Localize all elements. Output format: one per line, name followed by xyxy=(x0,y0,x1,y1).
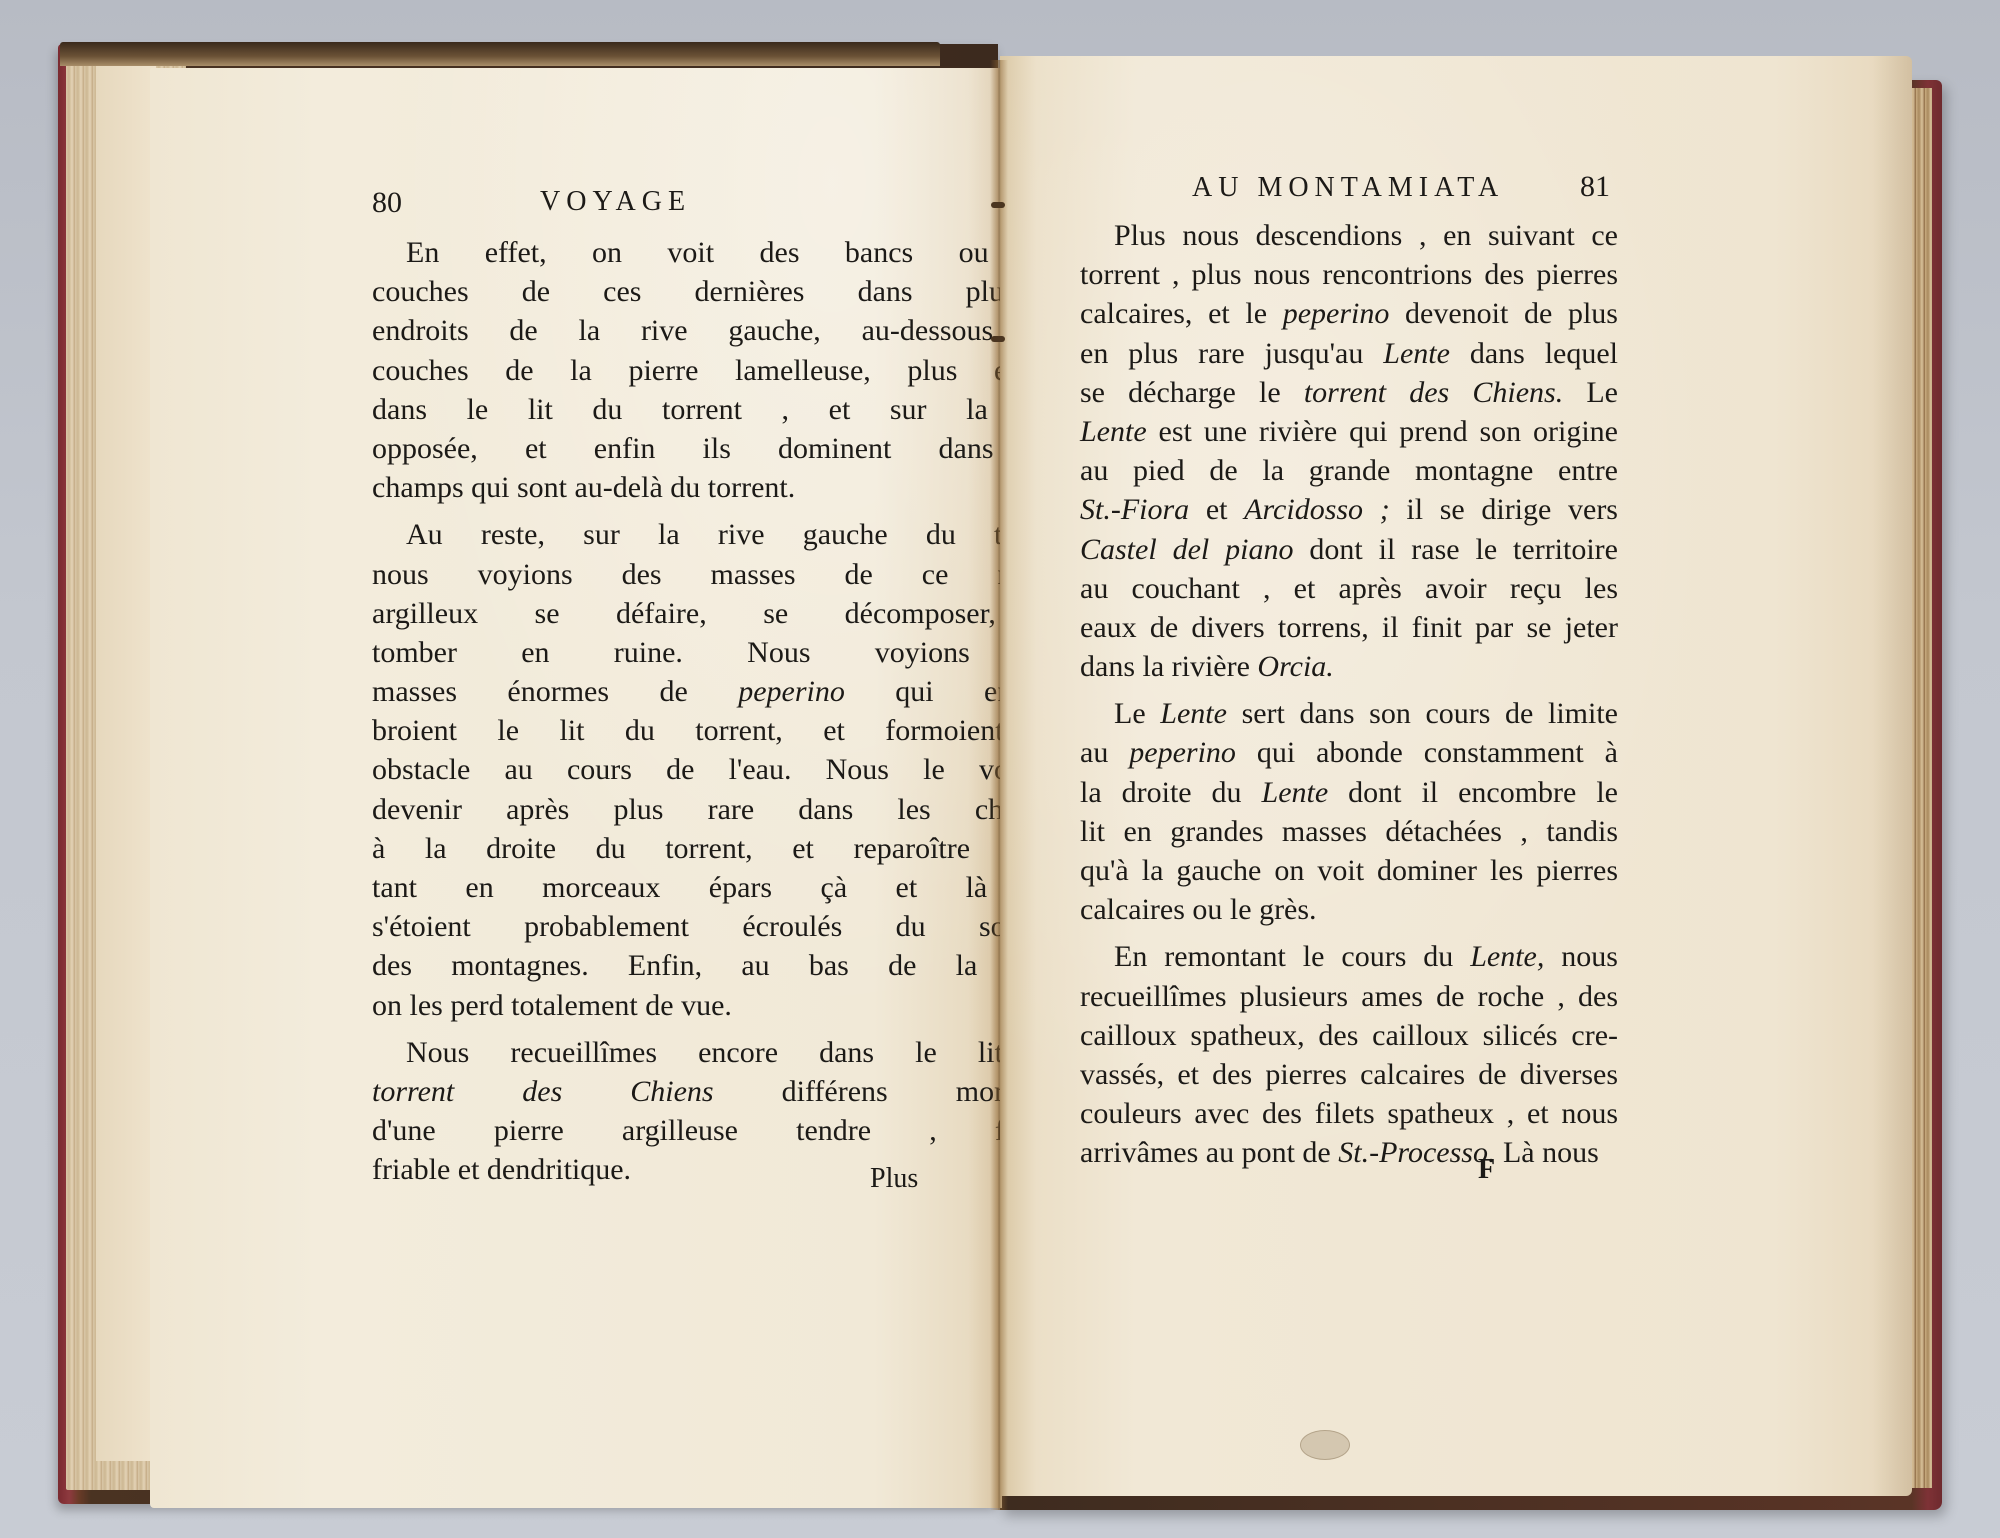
text-line: Lente est une rivière qui prend son orig… xyxy=(1080,412,1618,451)
text-line: obstacle au cours de l'eau. Nous le voyi… xyxy=(372,750,1002,789)
binding-stitch xyxy=(991,336,1005,342)
text-line: nous voyions des masses de ce rocher xyxy=(372,555,1002,594)
text-run: est une rivière qui prend son origine xyxy=(1147,415,1618,448)
italic-term: torrent des Chiens xyxy=(372,1075,714,1108)
text-line: endroits de la rive gauche, au-dessous d… xyxy=(372,311,1002,350)
text-run: il se dirige vers xyxy=(1390,493,1618,526)
text-line: recueillîmes plusieurs ames de roche , d… xyxy=(1080,977,1618,1016)
left-page-text: En effet, on voit des bancs ou descouche… xyxy=(372,233,1002,1190)
text-line: opposée, et enfin ils dominent dans les xyxy=(372,429,1002,468)
italic-term: Arcidosso ; xyxy=(1244,493,1390,526)
text-line: dans le lit du torrent , et sur la rive xyxy=(372,390,1002,429)
book-gutter xyxy=(990,60,1008,1510)
text-line: au pied de la grande montagne entre xyxy=(1080,451,1618,490)
italic-term: peperino xyxy=(1283,297,1390,330)
text-line: champs qui sont au-delà du torrent. xyxy=(372,468,1002,507)
text-run: dont il rase le territoire xyxy=(1294,533,1619,566)
text-line: Plus nous descendions , en suivant ce xyxy=(1080,216,1618,255)
italic-term: Lente xyxy=(1262,776,1329,809)
text-run: Là nous xyxy=(1495,1136,1598,1169)
text-line: à la droite du torrent, et reparoître po… xyxy=(372,829,1002,868)
text-line: qu'à la gauche on voit dominer les pierr… xyxy=(1080,851,1618,890)
text-line: argilleux se défaire, se décomposer, et xyxy=(372,594,1002,633)
text-run: nous xyxy=(1544,940,1618,973)
text-run: En remontant le cours du xyxy=(1114,940,1470,973)
text-line: se décharge le torrent des Chiens. Le xyxy=(1080,373,1618,412)
page-number-left: 80 xyxy=(372,186,402,220)
italic-term: Lente, xyxy=(1470,940,1544,973)
text-run: en plus rare jusqu'au xyxy=(1080,337,1383,370)
text-line: tant en morceaux épars çà et là qui xyxy=(372,868,1002,907)
text-line: torrent des Chiens différens morceaux xyxy=(372,1072,1002,1111)
left-page: 80 VOYAGE En effet, on voit des bancs ou… xyxy=(150,68,1002,1508)
text-line: Castel del piano dont il rase le territo… xyxy=(1080,530,1618,569)
text-line: on les perd totalement de vue. xyxy=(372,986,1002,1025)
text-line: s'étoient probablement écroulés du somme… xyxy=(372,907,1002,946)
italic-term: torrent des Chiens. xyxy=(1304,376,1563,409)
text-run: arrivâmes au pont de xyxy=(1080,1136,1338,1169)
text-run: qui encom- xyxy=(845,675,1002,708)
text-line: Le Lente sert dans son cours de limite xyxy=(1080,694,1618,733)
text-line: la droite du Lente dont il encombre le xyxy=(1080,773,1618,812)
paper-stain xyxy=(1300,1430,1350,1460)
paragraph-gap xyxy=(1080,929,1618,937)
text-line: Au reste, sur la rive gauche du torrent xyxy=(372,515,1002,554)
text-run: masses énormes de xyxy=(372,675,738,708)
text-line: en plus rare jusqu'au Lente dans lequel xyxy=(1080,334,1618,373)
text-run: différens morceaux xyxy=(714,1075,1002,1108)
italic-term: Orcia. xyxy=(1257,650,1333,683)
text-run: et xyxy=(1189,493,1244,526)
paragraph-gap xyxy=(372,1025,1002,1033)
text-run: qui abonde constamment à xyxy=(1236,736,1618,769)
text-run: se décharge le xyxy=(1080,376,1304,409)
text-line: torrent , plus nous rencontrions des pie… xyxy=(1080,255,1618,294)
right-page: AU MONTAMIATA 81 Plus nous descendions ,… xyxy=(1000,56,1912,1496)
text-run: Le xyxy=(1114,697,1160,730)
italic-term: Lente xyxy=(1383,337,1450,370)
paragraph: En effet, on voit des bancs ou descouche… xyxy=(372,233,1002,507)
flyleaf-left xyxy=(96,66,156,1461)
text-line: couches de la pierre lamelleuse, plus en… xyxy=(372,351,1002,390)
text-line: tomber en ruine. Nous voyions des xyxy=(372,633,1002,672)
text-line: eaux de divers torrens, il finit par se … xyxy=(1080,608,1618,647)
italic-term: Lente xyxy=(1160,697,1227,730)
text-line: au couchant , et après avoir reçu les xyxy=(1080,569,1618,608)
text-run: au xyxy=(1080,736,1129,769)
text-line: devenir après plus rare dans les champs, xyxy=(372,790,1002,829)
text-run: dans lequel xyxy=(1450,337,1618,370)
italic-term: Lente xyxy=(1080,415,1147,448)
paragraph: Le Lente sert dans son cours de limiteau… xyxy=(1080,694,1618,929)
text-line: broient le lit du torrent, et formoient … xyxy=(372,711,1002,750)
paragraph-gap xyxy=(372,507,1002,515)
text-line: arrivâmes au pont de St.-Processo. Là no… xyxy=(1080,1133,1618,1172)
italic-term: peperino xyxy=(738,675,845,708)
text-line: d'une pierre argilleuse tendre , fissile… xyxy=(372,1111,1002,1150)
text-line: Nous recueillîmes encore dans le lit du xyxy=(372,1033,1002,1072)
top-edge-left xyxy=(60,42,940,66)
running-head-right: AU MONTAMIATA xyxy=(1192,172,1504,204)
text-line: masses énormes de peperino qui encom- xyxy=(372,672,1002,711)
paragraph: En remontant le cours du Lente, nousrecu… xyxy=(1080,937,1618,1172)
text-line: cailloux spatheux, des cailloux silicés … xyxy=(1080,1016,1618,1055)
text-line: En effet, on voit des bancs ou des xyxy=(372,233,1002,272)
text-line: En remontant le cours du Lente, nous xyxy=(1080,937,1618,976)
right-page-text: Plus nous descendions , en suivant cetor… xyxy=(1080,216,1618,1173)
italic-term: St.-Fiora xyxy=(1080,493,1189,526)
text-line: calcaires, et le peperino devenoit de pl… xyxy=(1080,294,1618,333)
text-line: vassés, et des pierres calcaires de dive… xyxy=(1080,1055,1618,1094)
binding-stitch xyxy=(991,202,1005,208)
text-line: calcaires ou le grès. xyxy=(1080,890,1618,929)
text-run: sert dans son cours de limite xyxy=(1227,697,1618,730)
page-number-right: 81 xyxy=(1580,170,1610,204)
catchword: Plus xyxy=(870,1163,918,1195)
text-line: lit en grandes masses détachées , tandis xyxy=(1080,812,1618,851)
open-book: 80 VOYAGE En effet, on voit des bancs ou… xyxy=(0,0,2000,1538)
signature-mark: F xyxy=(1478,1154,1495,1186)
text-line: dans la rivière Orcia. xyxy=(1080,647,1618,686)
text-run: devenoit de plus xyxy=(1389,297,1618,330)
italic-term: Castel del piano xyxy=(1080,533,1294,566)
italic-term: peperino xyxy=(1129,736,1236,769)
paragraph-gap xyxy=(1080,686,1618,694)
text-run: calcaires, et le xyxy=(1080,297,1283,330)
italic-term: St.-Processo. xyxy=(1338,1136,1495,1169)
text-line: au peperino qui abonde constamment à xyxy=(1080,733,1618,772)
text-run: la droite du xyxy=(1080,776,1262,809)
text-run: dont il encombre le xyxy=(1328,776,1618,809)
text-line: couleurs avec des filets spatheux , et n… xyxy=(1080,1094,1618,1133)
text-run: dans la rivière xyxy=(1080,650,1257,683)
text-line: couches de ces dernières dans plusieurs xyxy=(372,272,1002,311)
running-head-left: VOYAGE xyxy=(540,186,691,218)
text-line: St.-Fiora et Arcidosso ; il se dirige ve… xyxy=(1080,490,1618,529)
text-run: Le xyxy=(1563,376,1618,409)
text-line: des montagnes. Enfin, au bas de la côte, xyxy=(372,946,1002,985)
paragraph: Au reste, sur la rive gauche du torrentn… xyxy=(372,515,1002,1024)
paragraph: Plus nous descendions , en suivant cetor… xyxy=(1080,216,1618,686)
